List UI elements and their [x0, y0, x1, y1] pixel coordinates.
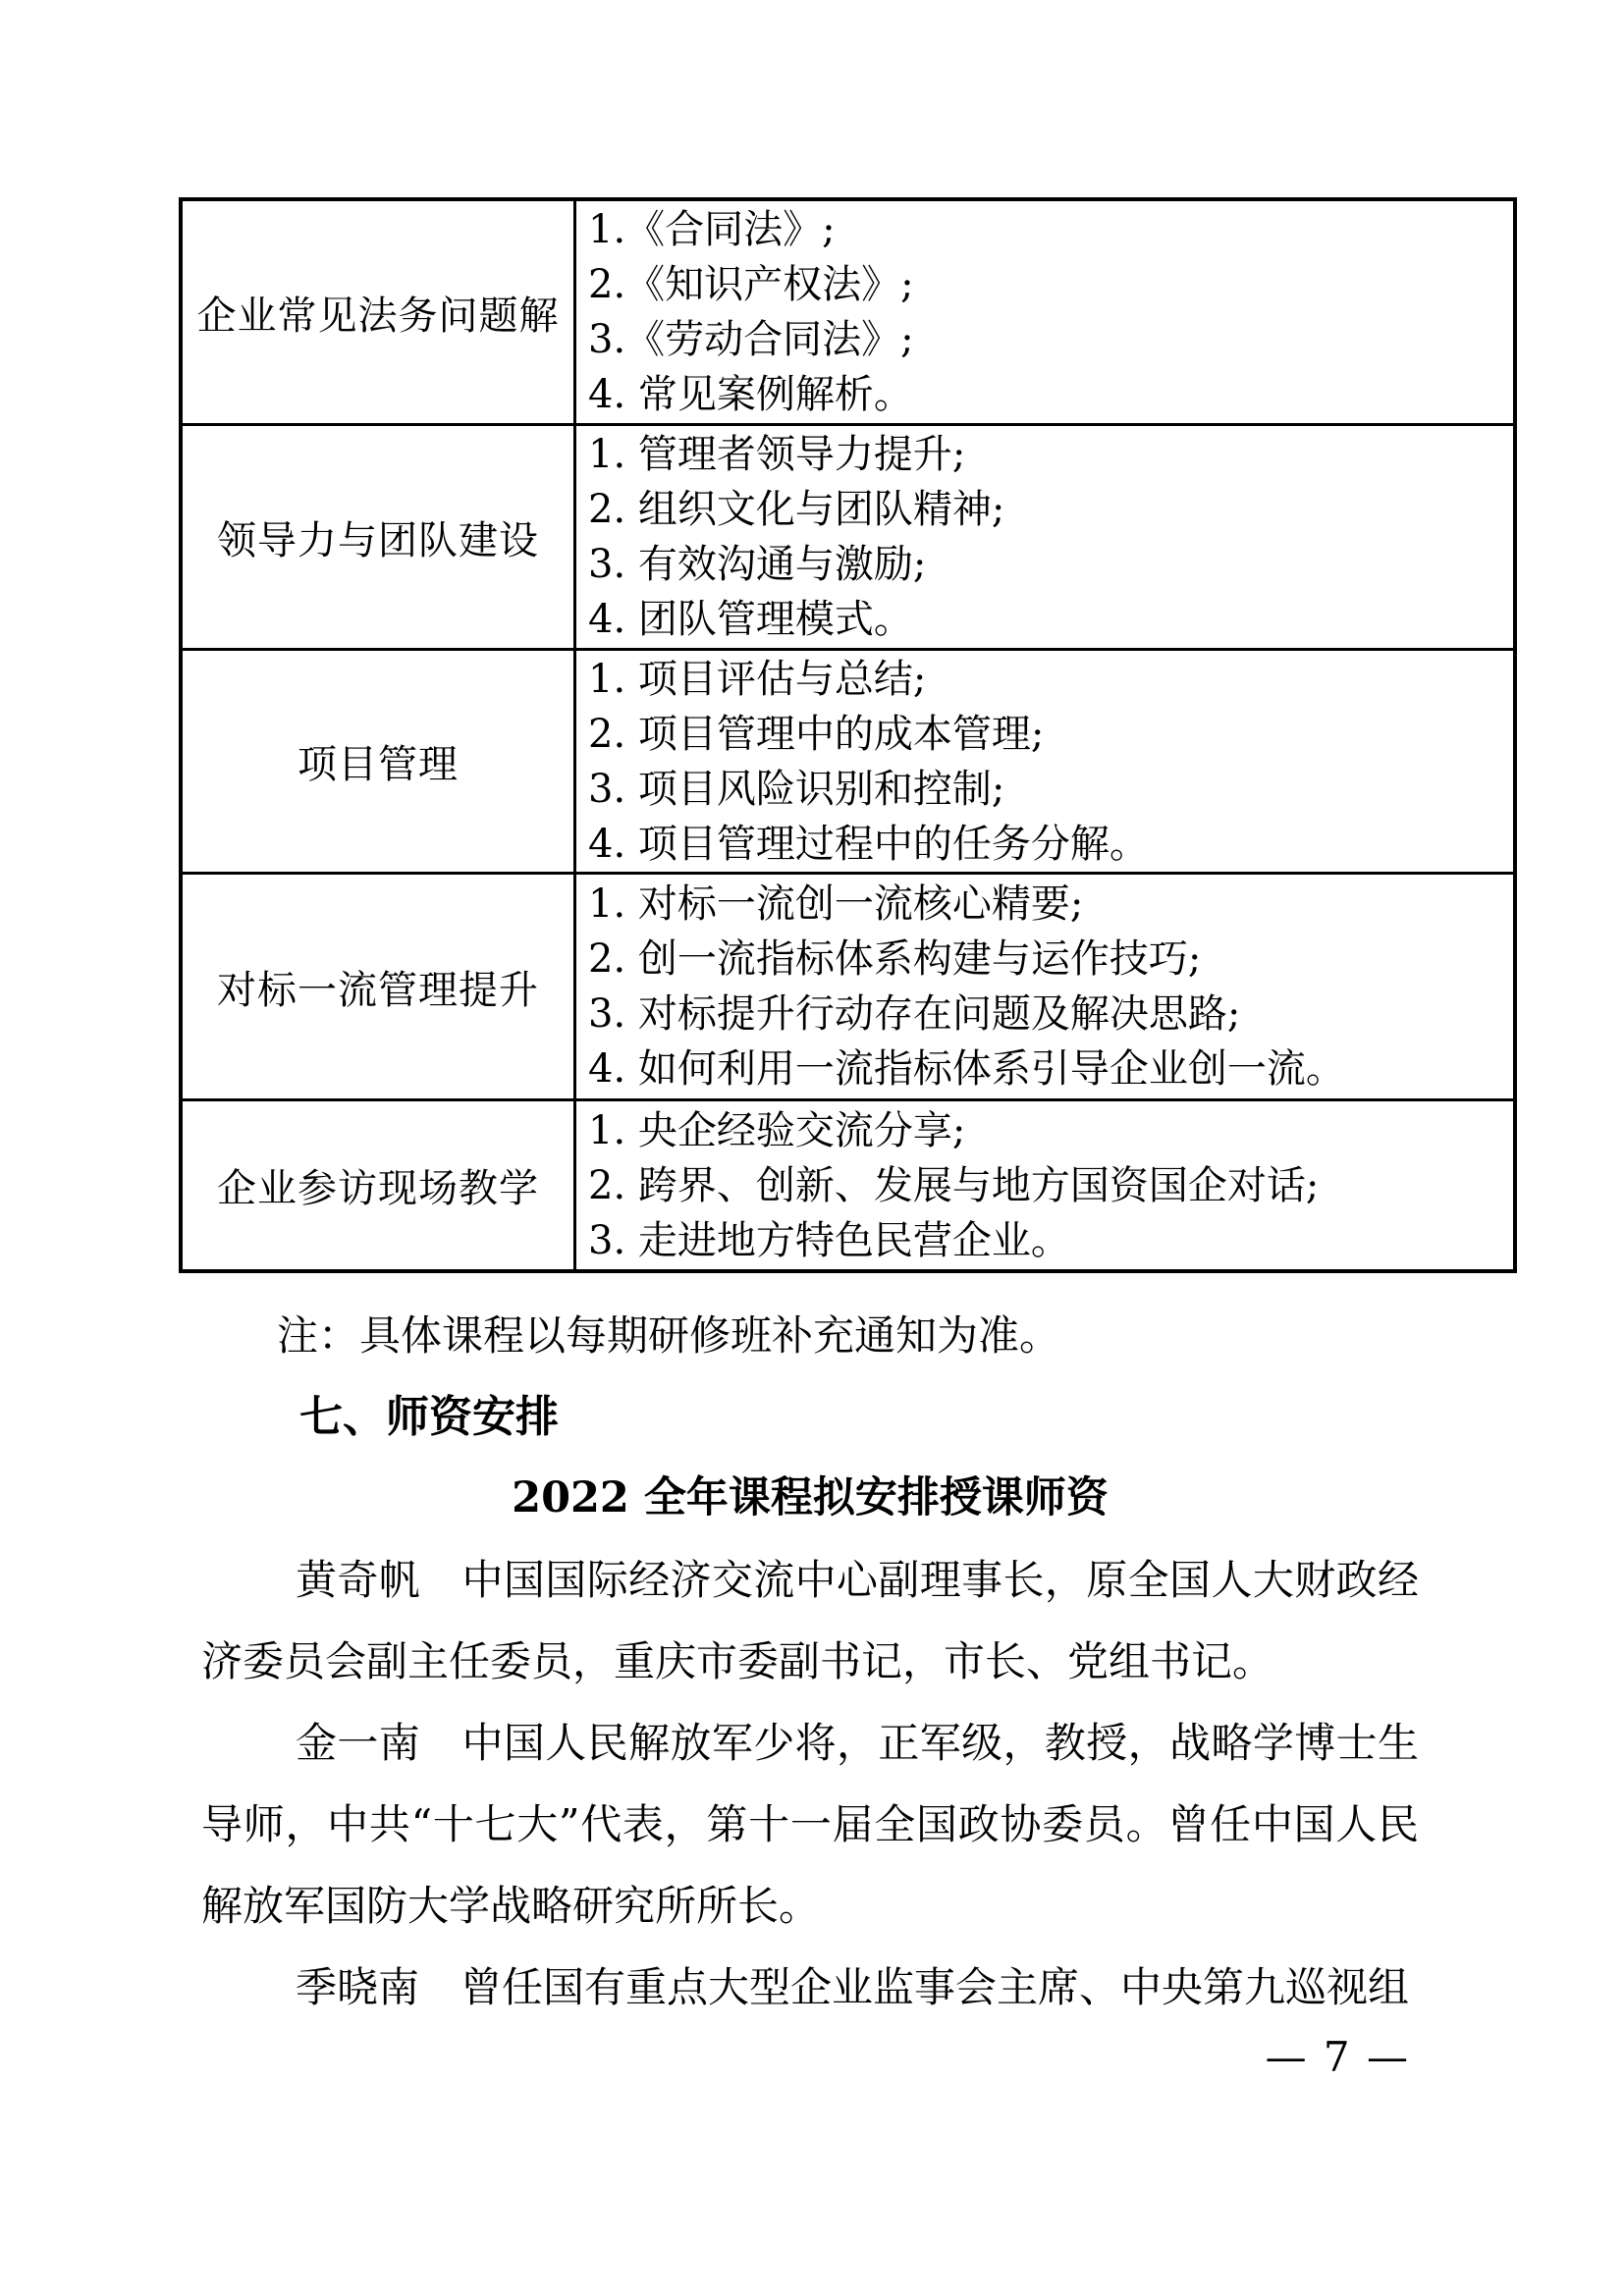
- table-row: 企业参访现场教学 1. 央企经验交流分享; 2. 跨界、创新、发展与地方国资国企…: [183, 1098, 1513, 1269]
- course-items-cell: 1. 项目评估与总结; 2. 项目管理中的成本管理; 3. 项目风险识别和控制;…: [576, 651, 1513, 872]
- course-item: 1. 管理者领导力提升;: [588, 427, 1513, 482]
- faculty-paragraph: 黄奇帆中国国际经济交流中心副理事长，原全国人大财政经济委员会副主任委员，重庆市委…: [201, 1539, 1419, 1702]
- table-row: 项目管理 1. 项目评估与总结; 2. 项目管理中的成本管理; 3. 项目风险识…: [183, 648, 1513, 872]
- course-item: 2. 组织文化与团队精神;: [588, 482, 1513, 537]
- faculty-paragraph: 金一南中国人民解放军少将，正军级，教授，战略学博士生导师，中共“十七大”代表，第…: [201, 1702, 1419, 1947]
- course-topic-cell: 对标一流管理提升: [183, 875, 576, 1098]
- course-item: 1.《合同法》;: [588, 202, 1513, 257]
- faculty-name: 季晓南: [296, 1963, 419, 2011]
- course-item: 4. 常见案例解析。: [588, 367, 1513, 422]
- document-page: 企业常见法务问题解 1.《合同法》; 2.《知识产权法》; 3.《劳动合同法》;…: [0, 0, 1624, 2296]
- course-items-cell: 1. 对标一流创一流核心精要; 2. 创一流指标体系构建与运作技巧; 3. 对标…: [576, 875, 1513, 1098]
- course-item: 3. 对标提升行动存在问题及解决思路;: [588, 987, 1513, 1041]
- course-item: 1. 对标一流创一流核心精要;: [588, 877, 1513, 932]
- course-item: 4. 团队管理模式。: [588, 592, 1513, 647]
- body-text: 注：具体课程以每期研修班补充通知为准。 七、师资安排 2022 全年课程拟安排授…: [201, 1295, 1419, 2028]
- course-item: 2. 跨界、创新、发展与地方国资国企对话;: [588, 1158, 1513, 1213]
- course-item: 1. 项目评估与总结;: [588, 652, 1513, 707]
- course-topic-cell: 企业常见法务问题解: [183, 201, 576, 423]
- table-row: 领导力与团队建设 1. 管理者领导力提升; 2. 组织文化与团队精神; 3. 有…: [183, 423, 1513, 648]
- table-row: 对标一流管理提升 1. 对标一流创一流核心精要; 2. 创一流指标体系构建与运作…: [183, 872, 1513, 1098]
- page-number: — 7 —: [1266, 2034, 1410, 2081]
- course-items-cell: 1. 央企经验交流分享; 2. 跨界、创新、发展与地方国资国企对话; 3. 走进…: [576, 1101, 1513, 1269]
- course-item: 2. 创一流指标体系构建与运作技巧;: [588, 932, 1513, 987]
- course-topic-cell: 企业参访现场教学: [183, 1101, 576, 1269]
- faculty-name: 金一南: [296, 1719, 420, 1767]
- faculty-bio: 曾任国有重点大型企业监事会主席、中央第九巡视组: [460, 1963, 1409, 2011]
- course-item: 1. 央企经验交流分享;: [588, 1103, 1513, 1158]
- table-note: 注：具体课程以每期研修班补充通知为准。: [201, 1295, 1419, 1376]
- course-item: 4. 如何利用一流指标体系引导企业创一流。: [588, 1041, 1513, 1096]
- course-item: 3.《劳动合同法》;: [588, 312, 1513, 367]
- course-items-cell: 1. 管理者领导力提升; 2. 组织文化与团队精神; 3. 有效沟通与激励; 4…: [576, 426, 1513, 648]
- course-item: 2.《知识产权法》;: [588, 257, 1513, 312]
- course-table: 企业常见法务问题解 1.《合同法》; 2.《知识产权法》; 3.《劳动合同法》;…: [179, 197, 1517, 1273]
- course-topic-cell: 领导力与团队建设: [183, 426, 576, 648]
- course-item: 3. 走进地方特色民营企业。: [588, 1213, 1513, 1268]
- section-heading: 七、师资安排: [201, 1376, 1419, 1458]
- course-item: 4. 项目管理过程中的任务分解。: [588, 817, 1513, 872]
- faculty-subheading: 2022 全年课程拟安排授课师资: [201, 1458, 1419, 1539]
- course-item: 2. 项目管理中的成本管理;: [588, 707, 1513, 762]
- course-item: 3. 有效沟通与激励;: [588, 537, 1513, 592]
- faculty-paragraph: 季晓南曾任国有重点大型企业监事会主席、中央第九巡视组: [201, 1947, 1419, 2028]
- table-row: 企业常见法务问题解 1.《合同法》; 2.《知识产权法》; 3.《劳动合同法》;…: [183, 201, 1513, 423]
- course-item: 3. 项目风险识别和控制;: [588, 762, 1513, 817]
- course-items-cell: 1.《合同法》; 2.《知识产权法》; 3.《劳动合同法》; 4. 常见案例解析…: [576, 201, 1513, 423]
- course-topic-cell: 项目管理: [183, 651, 576, 872]
- faculty-name: 黄奇帆: [296, 1556, 420, 1604]
